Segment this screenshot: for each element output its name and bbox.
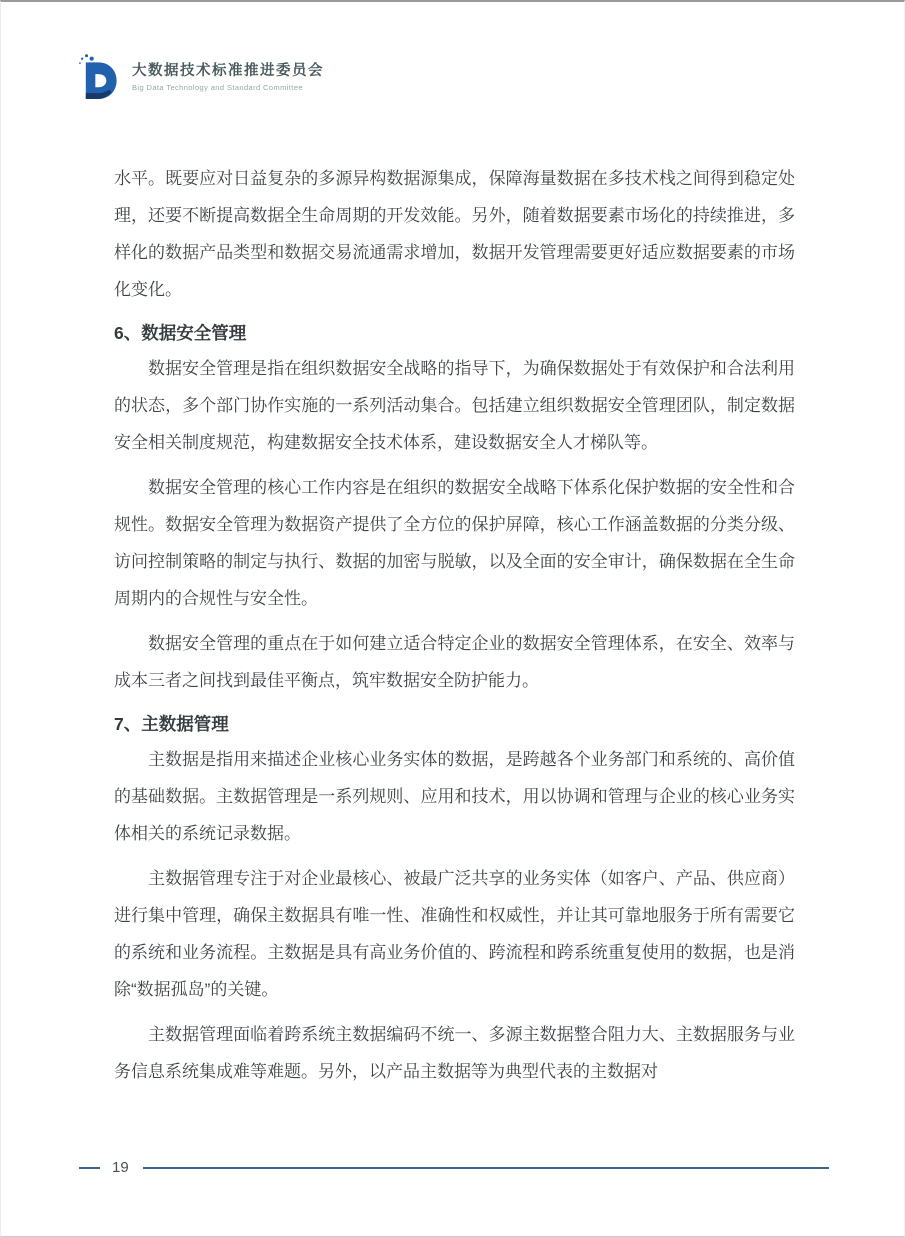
section-6-paragraph-2: 数据安全管理的核心工作内容是在组织的数据安全战略下体系化保护数据的安全性和合规性… [114, 469, 795, 617]
page-number: 19 [112, 1159, 129, 1177]
logo-d-icon [77, 52, 121, 102]
logo-text: 大数据技术标准推进委员会 Big Data Technology and Sta… [132, 62, 324, 92]
logo-subtitle: Big Data Technology and Standard Committ… [132, 83, 324, 92]
section-7-paragraph-3: 主数据管理面临着跨系统主数据编码不统一、多源主数据整合阻力大、主数据服务与业务信… [114, 1016, 795, 1090]
intro-paragraph: 水平。既要应对日益复杂的多源异构数据源集成，保障海量数据在多技术栈之间得到稳定处… [114, 160, 795, 308]
section-7-paragraph-2: 主数据管理专注于对企业最核心、被最广泛共享的业务实体（如客户、产品、供应商）进行… [114, 860, 795, 1008]
footer-rule-long [143, 1167, 829, 1169]
page-footer: 19 [79, 1159, 829, 1177]
document-page: 大数据技术标准推进委员会 Big Data Technology and Sta… [0, 0, 905, 1237]
logo-title: 大数据技术标准推进委员会 [132, 62, 324, 80]
section-7-paragraph-1: 主数据是指用来描述企业核心业务实体的数据，是跨越各个业务部门和系统的、高价值的基… [114, 741, 795, 852]
section-6-heading: 6、数据安全管理 [114, 320, 795, 346]
section-6-paragraph-1: 数据安全管理是指在组织数据安全战略的指导下，为确保数据处于有效保护和合法利用的状… [114, 350, 795, 461]
document-body: 水平。既要应对日益复杂的多源异构数据源集成，保障海量数据在多技术栈之间得到稳定处… [114, 160, 795, 1098]
footer-rule-short [79, 1167, 100, 1169]
section-6-paragraph-3: 数据安全管理的重点在于如何建立适合特定企业的数据安全管理体系，在安全、效率与成本… [114, 625, 795, 699]
committee-logo: 大数据技术标准推进委员会 Big Data Technology and Sta… [77, 52, 324, 102]
section-7-heading: 7、主数据管理 [114, 711, 795, 737]
